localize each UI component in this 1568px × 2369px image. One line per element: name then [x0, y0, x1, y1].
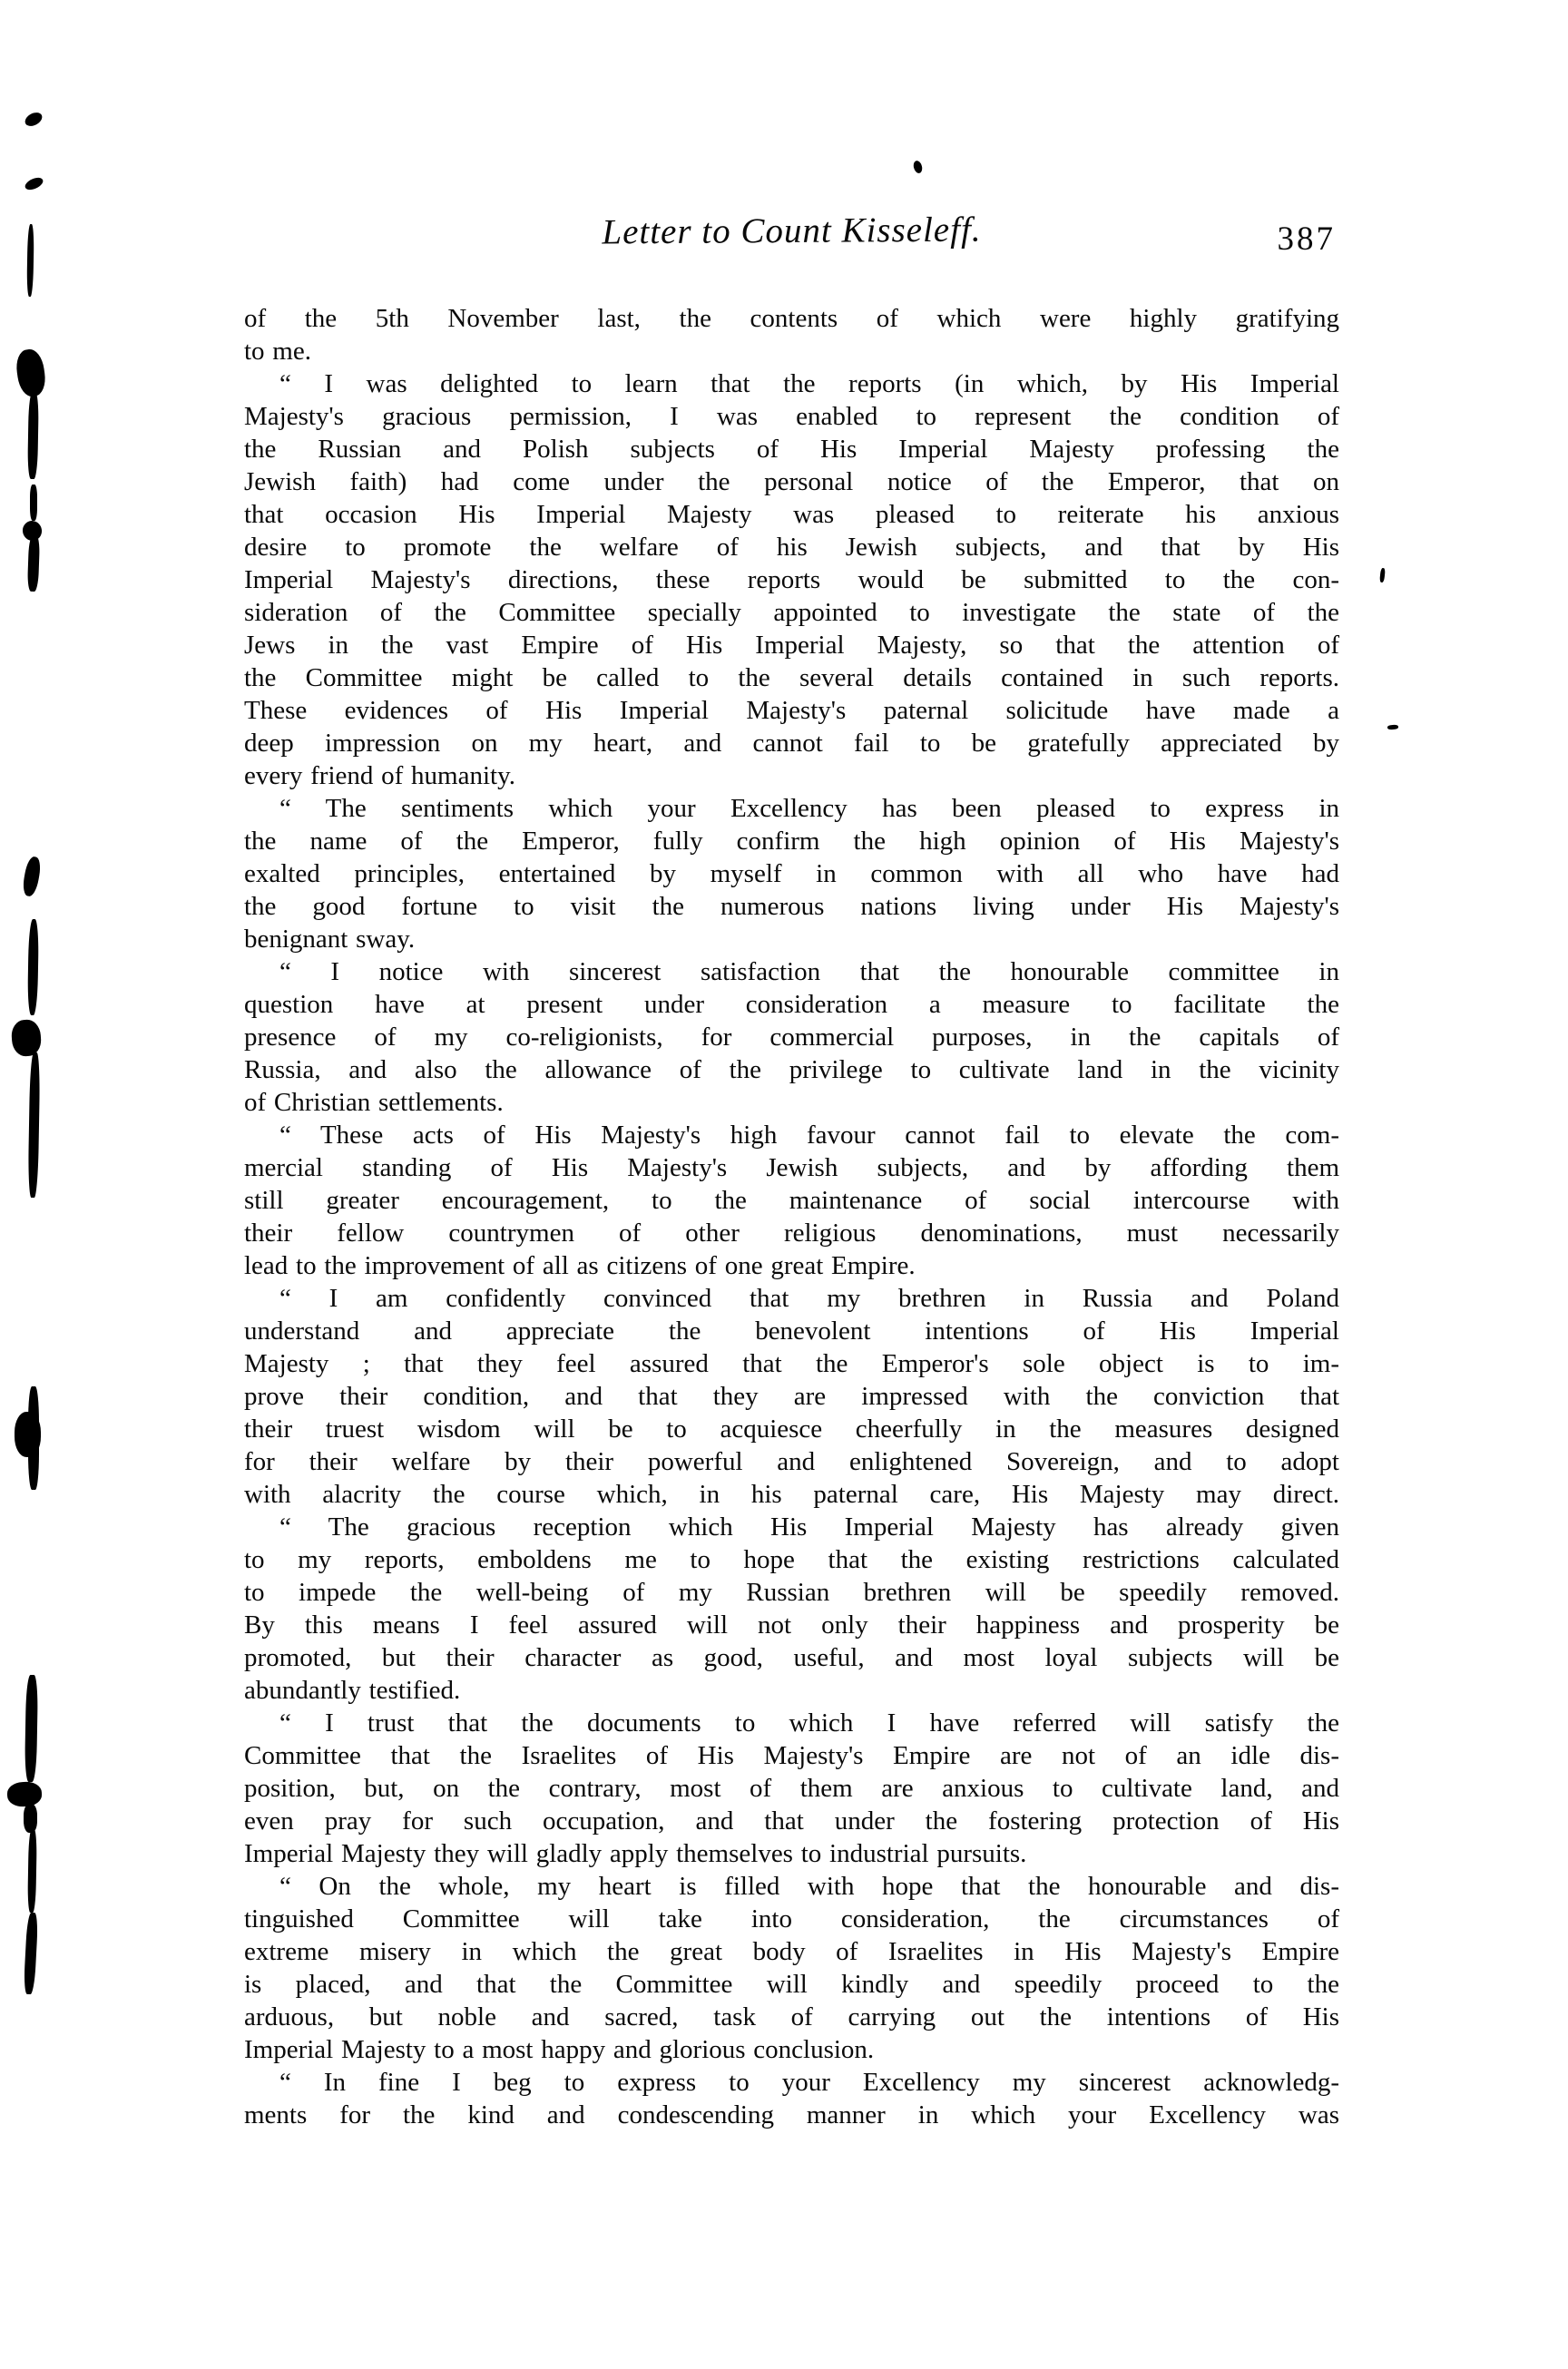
page-header: Letter to Count Kisseleff. 387 [244, 210, 1339, 276]
text-line: Imperial Majesty they will gladly apply … [244, 1837, 1339, 1870]
text-line: deep impression on my heart, and cannot … [244, 727, 1339, 759]
text-line: is placed, and that the Committee will k… [244, 1968, 1339, 2001]
text-line: abundantly testified. [244, 1674, 1339, 1707]
text-line: sideration of the Committee specially ap… [244, 596, 1339, 629]
text-line: “ The gracious reception which His Imper… [244, 1511, 1339, 1543]
text-line: “ These acts of His Majesty's high favou… [244, 1119, 1339, 1151]
right-margin-dash [1387, 725, 1398, 730]
text-line: with alacrity the course which, in his p… [244, 1478, 1339, 1511]
margin-ink-mark [15, 1412, 41, 1457]
text-line: Russia, and also the allowance of the pr… [244, 1053, 1339, 1086]
text-line: lead to the improvement of all as citize… [244, 1249, 1339, 1282]
text-line: These evidences of His Imperial Majesty'… [244, 694, 1339, 727]
text-line: Jews in the vast Empire of His Imperial … [244, 629, 1339, 661]
text-line: of Christian settlements. [244, 1086, 1339, 1119]
margin-ink-mark [6, 1781, 42, 1807]
text-line: presence of my co-religionists, for comm… [244, 1021, 1339, 1053]
margin-ink-mark [27, 919, 39, 1015]
margin-ink-mark [11, 1019, 43, 1057]
scanned-book-page: Letter to Count Kisseleff. 387 of the 5t… [0, 0, 1568, 2369]
margin-ink-mark [15, 348, 48, 398]
text-line: of the 5th November last, the contents o… [244, 302, 1339, 335]
text-line: extreme misery in which the great body o… [244, 1935, 1339, 1968]
corner-blot [23, 110, 44, 129]
text-line: understand and appreciate the benevolent… [244, 1315, 1339, 1347]
margin-ink-mark [27, 1829, 37, 1913]
text-line: the good fortune to visit the numerous n… [244, 890, 1339, 923]
letter-text: of the 5th November last, the contents o… [244, 302, 1339, 2131]
text-line: their truest wisdom will be to acquiesce… [244, 1413, 1339, 1445]
text-line: “ I notice with sincerest satisfaction t… [244, 955, 1339, 988]
margin-ink-mark [24, 175, 45, 192]
text-line: prove their condition, and that they are… [244, 1380, 1339, 1413]
text-line: every friend of humanity. [244, 759, 1339, 792]
text-line: By this means I feel assured will not on… [244, 1609, 1339, 1641]
right-margin-tick [1379, 568, 1386, 582]
text-line: Majesty's gracious permission, I was ena… [244, 400, 1339, 433]
text-line: to me. [244, 335, 1339, 367]
text-line: mercial standing of His Majesty's Jewish… [244, 1151, 1339, 1184]
margin-ink-mark [28, 1052, 41, 1198]
text-line: still greater encouragement, to the main… [244, 1184, 1339, 1217]
text-line: Committee that the Israelites of His Maj… [244, 1739, 1339, 1772]
text-line: that occasion His Imperial Majesty was p… [244, 498, 1339, 531]
text-line: Majesty ; that they feel assured that th… [244, 1347, 1339, 1380]
text-line: promoted, but their character as good, u… [244, 1641, 1339, 1674]
text-line: “ The sentiments which your Excellency h… [244, 792, 1339, 825]
margin-ink-mark [24, 1804, 37, 1833]
text-line: the Committee might be called to the sev… [244, 661, 1339, 694]
text-line: “ I was delighted to learn that the repo… [244, 367, 1339, 400]
text-line: the name of the Emperor, fully confirm t… [244, 825, 1339, 857]
margin-ink-mark [24, 1675, 38, 1782]
text-line: the Russian and Polish subjects of His I… [244, 433, 1339, 465]
running-title: Letter to Count Kisseleff. [244, 207, 1339, 255]
margin-ink-mark [26, 224, 34, 297]
text-line: question have at present under considera… [244, 988, 1339, 1021]
text-line: “ On the whole, my heart is filled with … [244, 1870, 1339, 1903]
margin-ink-mark [27, 392, 39, 479]
text-line: “ In fine I beg to express to your Excel… [244, 2066, 1339, 2099]
text-line: even pray for such occupation, and that … [244, 1805, 1339, 1837]
text-line: arduous, but noble and sacred, task of c… [244, 2001, 1339, 2033]
margin-ink-mark [21, 856, 42, 897]
text-line: to impede the well-being of my Russian b… [244, 1576, 1339, 1609]
text-line: ments for the kind and condescending man… [244, 2099, 1339, 2131]
page-number: 387 [1278, 220, 1337, 259]
text-line: Imperial Majesty's directions, these rep… [244, 563, 1339, 596]
text-line: Imperial Majesty to a most happy and glo… [244, 2033, 1339, 2066]
text-line: to my reports, emboldens me to hope that… [244, 1543, 1339, 1576]
text-line: benignant sway. [244, 923, 1339, 955]
text-line: for their welfare by their powerful and … [244, 1445, 1339, 1478]
text-line: exalted principles, entertained by mysel… [244, 857, 1339, 890]
text-line: their fellow countrymen of other religio… [244, 1217, 1339, 1249]
text-line: Jewish faith) had come under the persona… [244, 465, 1339, 498]
margin-ink-mark [24, 1913, 39, 1995]
text-line: “ I trust that the documents to which I … [244, 1707, 1339, 1739]
margin-ink-mark [30, 485, 37, 521]
text-line: position, but, on the contrary, most of … [244, 1772, 1339, 1805]
text-line: “ I am confidently convinced that my bre… [244, 1282, 1339, 1315]
margin-ink-mark [27, 535, 40, 592]
text-line: tinguished Committee will take into cons… [244, 1903, 1339, 1935]
dot-mark [912, 160, 923, 174]
text-line: desire to promote the welfare of his Jew… [244, 531, 1339, 563]
